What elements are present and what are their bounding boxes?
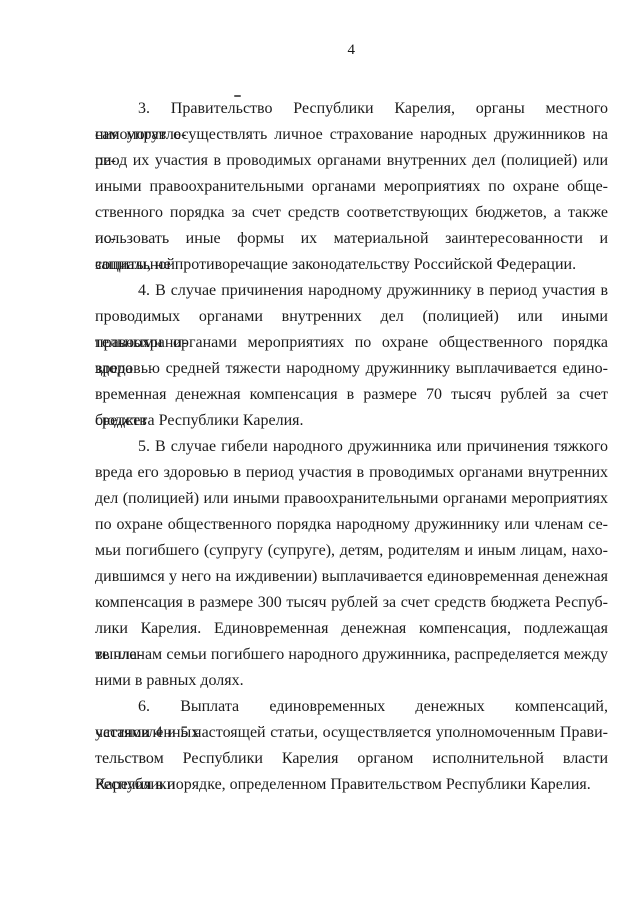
text-line: дел (полицией) или иными правоохранитель… — [95, 486, 608, 512]
text-line: мьи погибшего (супругу (супруге), детям,… — [95, 538, 608, 564]
text-line: тельством Республики Карелия органом исп… — [95, 746, 608, 772]
text-line: те членам семьи погибшего народного друж… — [95, 642, 608, 668]
text-line: ними в равных долях. — [95, 668, 608, 694]
text-line: 6. Выплата единовременных денежных компе… — [95, 694, 608, 720]
text-line: здоровью средней тяжести народному дружи… — [95, 356, 608, 382]
page-number: 4 — [95, 42, 608, 59]
paragraph-6: 6. Выплата единовременных денежных компе… — [95, 694, 608, 798]
text-line: вреда его здоровью в период участия в пр… — [95, 460, 608, 486]
text-line: тельными органами мероприятиях по охране… — [95, 330, 608, 356]
text-line: защиты, не противоречащие законодательст… — [95, 252, 608, 278]
text-line: иными правоохранительными органами мероп… — [95, 174, 608, 200]
text-line: Карелия в порядке, определенном Правител… — [95, 772, 608, 798]
text-line: по охране общественного порядка народном… — [95, 512, 608, 538]
text-line: ния могут осуществлять личное страховани… — [95, 122, 608, 148]
text-line: частями 4 и 5 настоящей статьи, осуществ… — [95, 720, 608, 746]
text-line: риод их участия в проводимых органами вн… — [95, 148, 608, 174]
text-line: лики Карелия. Единовременная денежная ко… — [95, 616, 608, 642]
text-line: 4. В случае причинения народному дружинн… — [95, 278, 608, 304]
document-body: 3. Правительство Республики Карелия, орг… — [95, 96, 608, 798]
text-line: 5. В случае гибели народного дружинника … — [95, 434, 608, 460]
text-line: проводимых органами внутренних дел (поли… — [95, 304, 608, 330]
text-line: бюджета Республики Карелия. — [95, 408, 608, 434]
text-line: пользовать иные формы их материальной за… — [95, 226, 608, 252]
text-line: ственного порядка за счет средств соотве… — [95, 200, 608, 226]
paragraph-5: 5. В случае гибели народного дружинника … — [95, 434, 608, 694]
text-line: компенсация в размере 300 тысяч рублей з… — [95, 590, 608, 616]
document-page: 4 3. Правительство Республики Карелия, о… — [0, 0, 640, 905]
paragraph-3: 3. Правительство Республики Карелия, орг… — [95, 96, 608, 278]
paragraph-4: 4. В случае причинения народному дружинн… — [95, 278, 608, 434]
text-line: 3. Правительство Республики Карелия, орг… — [95, 96, 608, 122]
text-line: дившимся у него на иждивении) выплачивае… — [95, 564, 608, 590]
text-line: временная денежная компенсация в размере… — [95, 382, 608, 408]
